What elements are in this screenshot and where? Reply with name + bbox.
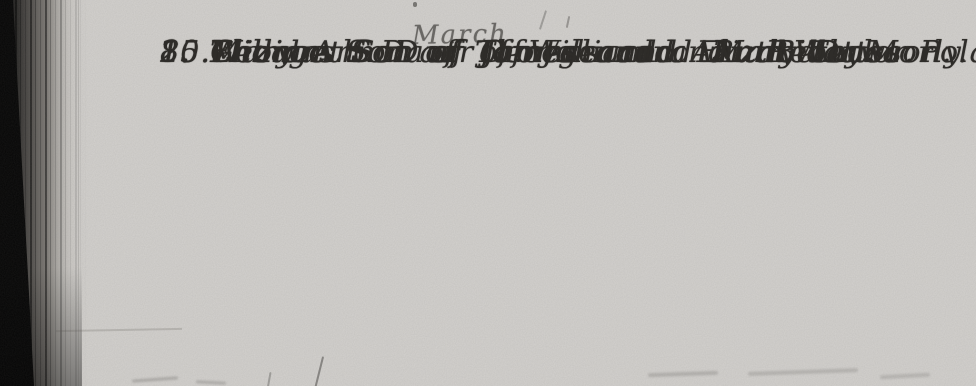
cutoff-next-line-stroke: [648, 371, 718, 377]
binding-bottom-shadow: [0, 246, 82, 386]
entry-text: Elizabeth Daur of William and Rebecca Po…: [210, 35, 976, 70]
cutoff-next-line-stroke: [314, 356, 324, 386]
margin-rule-line: [78, 0, 79, 386]
register-entry: 20.Elizabeth Daur of William and Rebecca…: [86, 0, 968, 52]
cutoff-next-line-stroke: [266, 372, 271, 386]
cutoff-next-line-stroke: [880, 373, 930, 380]
entry-day: 20.: [160, 35, 210, 70]
register-scan-page: March. 1.William Son of George and Ann W…: [0, 0, 976, 386]
cutoff-next-line-stroke: [132, 376, 178, 382]
cutoff-next-line-stroke: [748, 368, 858, 376]
ink-speck: [413, 2, 417, 7]
cutoff-next-line-stroke: [196, 380, 226, 385]
